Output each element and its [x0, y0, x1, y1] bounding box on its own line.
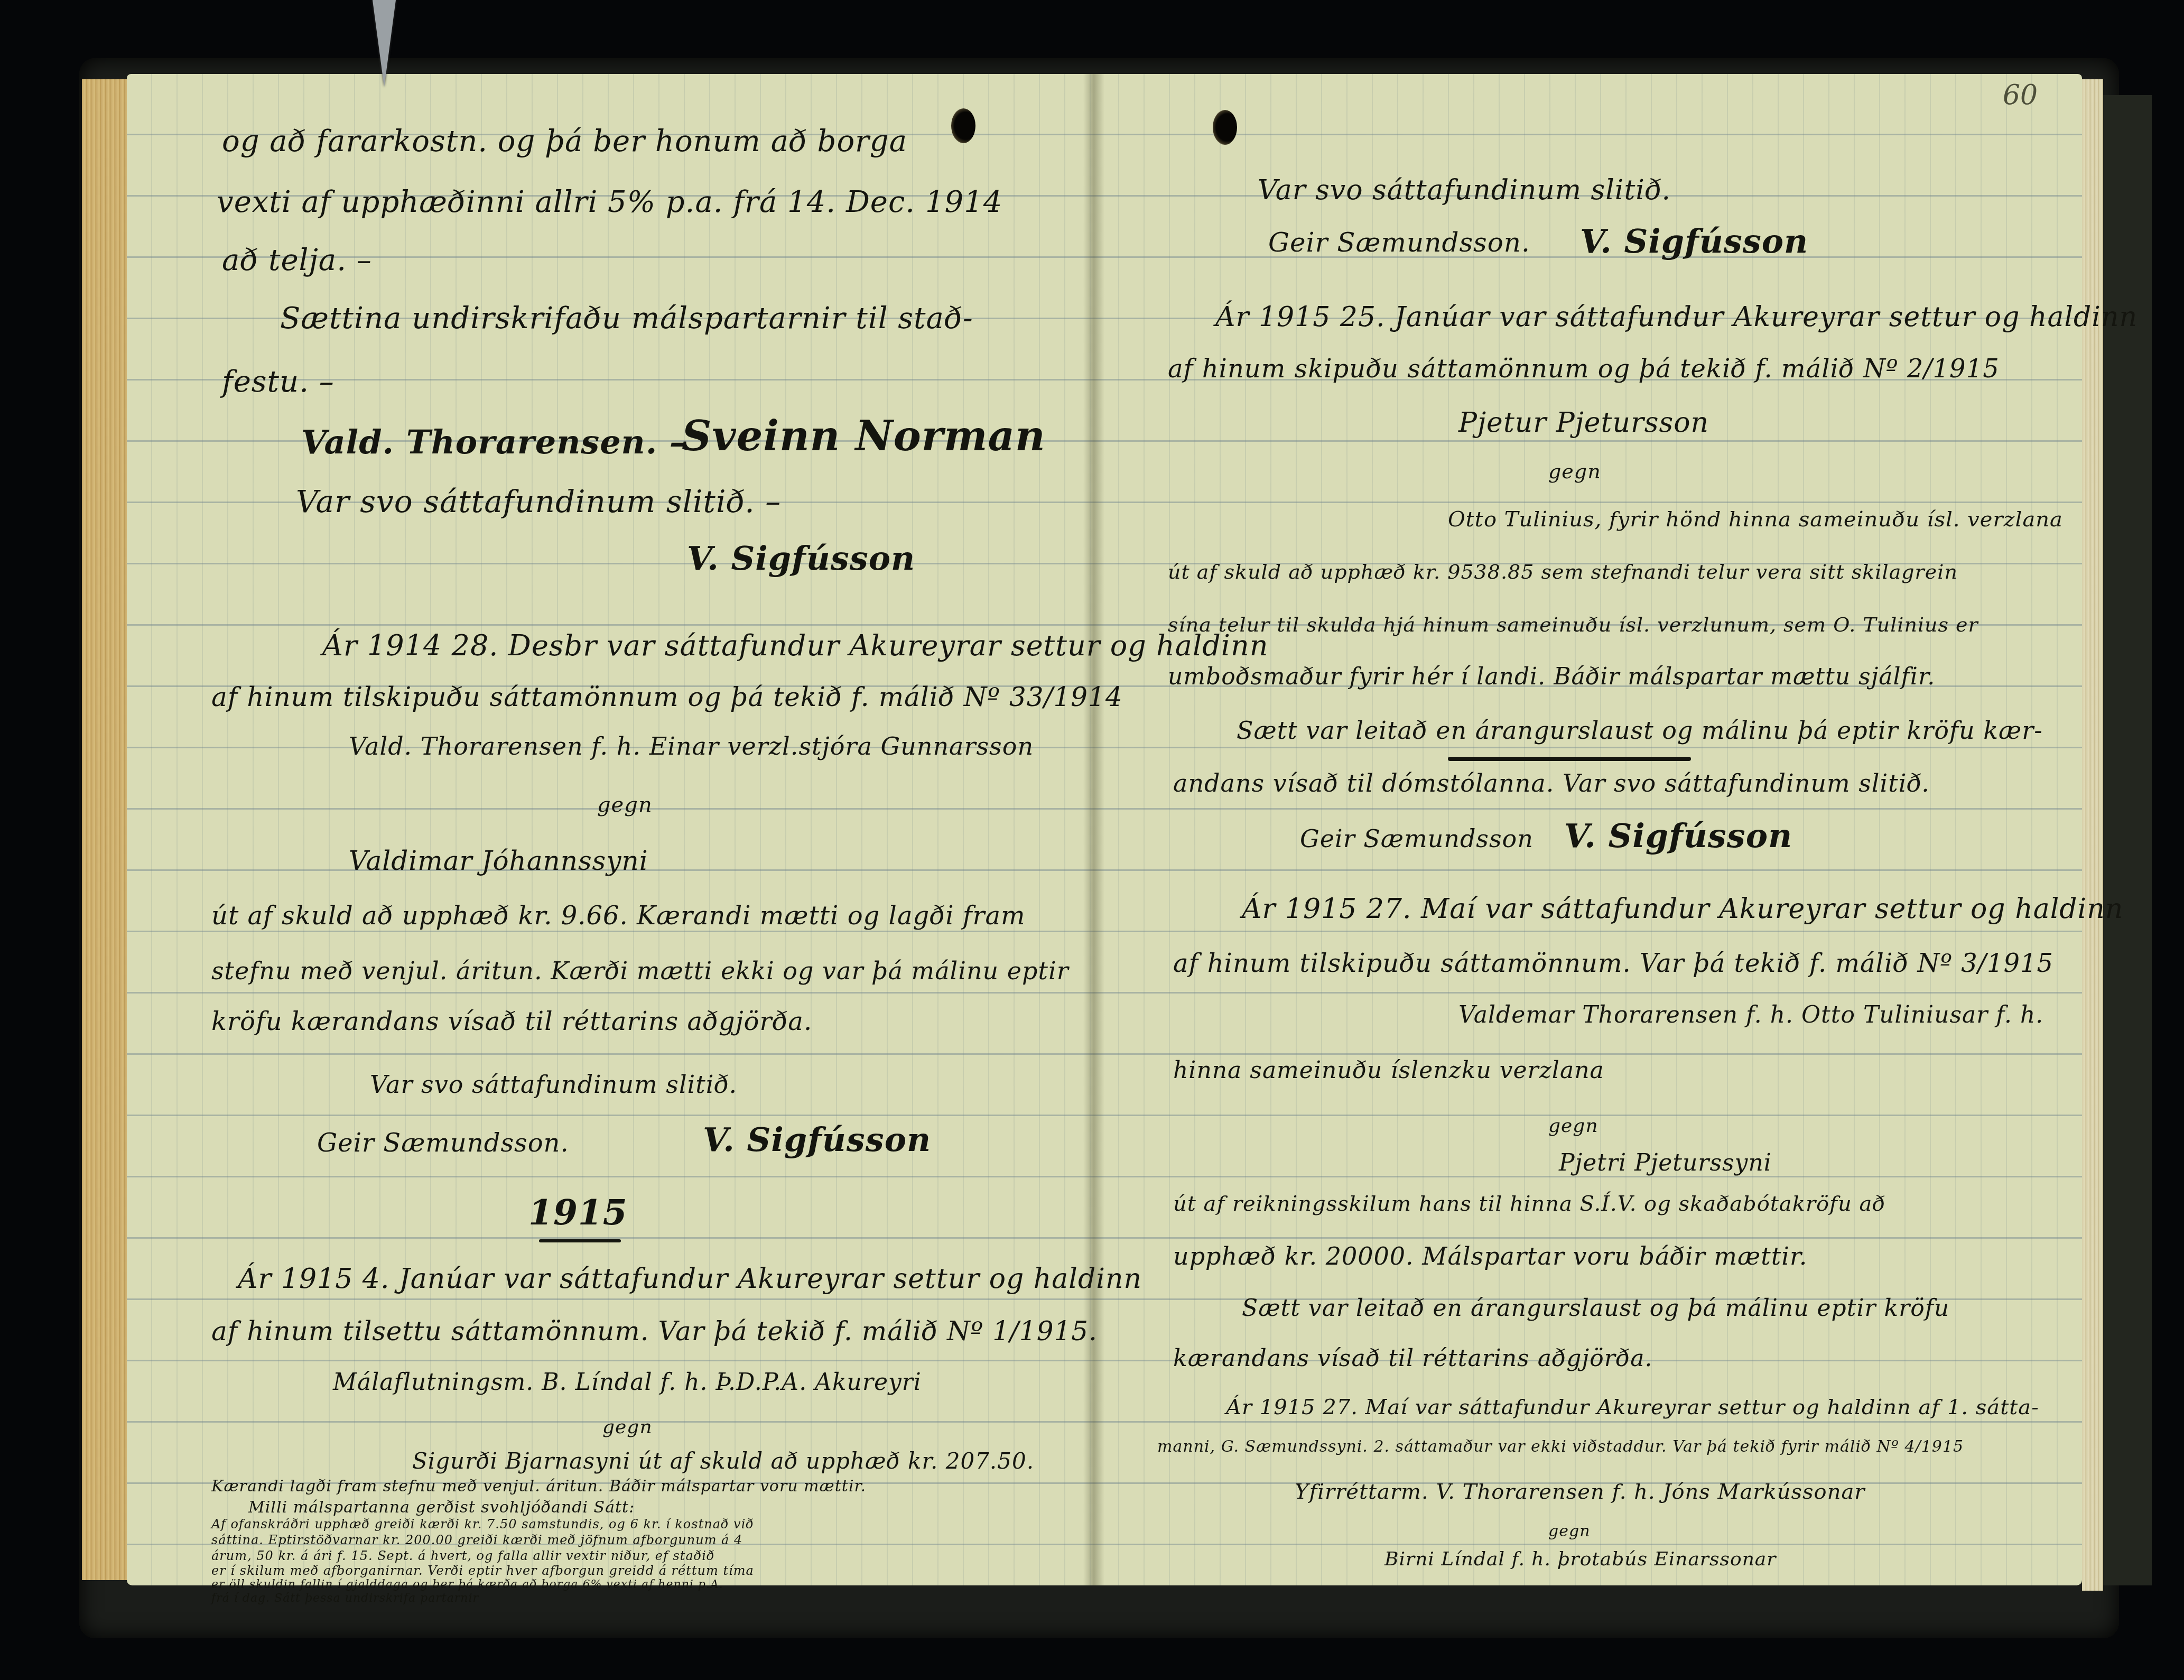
text-line: hinna sameinuðu íslenzku verzlana [1173, 1057, 1604, 1084]
text-line: af hinum skipuðu sáttamönnum og þá tekið… [1168, 354, 2000, 384]
text-line: Málaflutningsm. B. Líndal f. h. Þ.D.P.A.… [333, 1369, 922, 1396]
chair-signature: V. Sigfússon [1580, 222, 1808, 261]
book-gutter [1083, 74, 1104, 1585]
plaintiff-name: Pjetur Pjetursson [1458, 407, 1709, 439]
entry-heading: Ár 1915 4. Janúar var sáttafundur Akurey… [238, 1263, 1142, 1295]
text-line: Yfirréttarm. V. Thorarensen f. h. Jóns M… [1295, 1480, 1865, 1504]
text-line: sína telur til skulda hjá hinum sameinuð… [1168, 613, 1978, 636]
text-line: af hinum tilskipuðu sáttamönnum og þá te… [211, 682, 1123, 712]
text-line: og að fararkostn. og þá ber honum að bor… [222, 124, 907, 159]
chair-signature: V. Sigfússon [703, 1120, 931, 1159]
text-line: kröfu kærandans vísað til réttarins aðgj… [211, 1007, 812, 1036]
text-line: Vald. Thorarensen f. h. Einar verzl.stjó… [349, 732, 1034, 760]
text-line: út af reikningsskilum hans til hinna S.Í… [1173, 1192, 1885, 1216]
text-line: Birni Líndal f. h. þrotabús Einarssonar [1384, 1548, 1777, 1570]
left-page [127, 74, 1094, 1585]
text-line: umboðsmaður fyrir hér í landi. Báðir mál… [1168, 663, 1935, 690]
text-line: út af skuld að upphæð kr. 9.66. Kærandi … [211, 901, 1026, 931]
entry-heading: Ár 1914 28. Desbr var sáttafundur Akurey… [322, 629, 1269, 662]
text-line: vexti af upphæðinni allri 5% p.a. frá 14… [217, 185, 1002, 219]
text-line: Sætt var leitað en árangurslaust og þá m… [1242, 1295, 1949, 1322]
text-line: sáttina. Eptirstöðvarnar kr. 200.00 grei… [211, 1533, 742, 1547]
text-line: út af skuld að upphæð kr. 9538.85 sem st… [1168, 560, 1958, 583]
punch-hole-right [1213, 110, 1237, 145]
defendant-name: Pjetri Pjeturssyni [1559, 1149, 1772, 1176]
defendant-name: Valdimar Jóhannssyni [349, 846, 648, 876]
entry-heading: Ár 1915 25. Janúar var sáttafundur Akure… [1215, 301, 2137, 333]
text-line: af hinum tilsettu sáttamönnum. Var þá te… [211, 1316, 1098, 1347]
year-heading: 1915 [528, 1192, 628, 1233]
text-line: Af ofanskráðri upphæð greiði kærði kr. 7… [211, 1517, 754, 1532]
signature: Geir Sæmundsson [1300, 824, 1534, 853]
text-line: frá í dag. Sátt þessa undirskrifa partar… [211, 1592, 479, 1605]
text-line: kærandans vísað til réttarins aðgjörða. [1173, 1345, 1652, 1372]
closing-statement: Var svo sáttafundinum slitið. [1258, 174, 1671, 206]
text-line: Sættina undirskrifaðu málspartarnir til … [280, 301, 973, 336]
closing-statement: Var svo sáttafundinum slitið. – [296, 484, 781, 519]
text-line: að telja. – [222, 243, 372, 277]
page-number: 60 [2003, 79, 2038, 111]
text-line: manni, G. Sæmundssyni. 2. sáttamaður var… [1157, 1437, 1964, 1456]
entry-heading: Ár 1915 27. Maí var sáttafundur Akureyra… [1226, 1395, 2039, 1419]
signature: Geir Sæmundsson. [317, 1128, 569, 1158]
text-gegn: gegn [1548, 1522, 1590, 1540]
text-gegn: gegn [1548, 1115, 1598, 1137]
year-underline [539, 1239, 621, 1242]
chair-signature: V. Sigfússon [1564, 816, 1792, 855]
text-line: upphæð kr. 20000. Málspartar voru báðir … [1173, 1242, 1807, 1270]
text-line: Otto Tulinius, fyrir hönd hinna sameinuð… [1448, 507, 2063, 532]
text-line: Valdemar Thorarensen f. h. Otto Tulinius… [1458, 1001, 2043, 1028]
text-line: stefnu með venjul. áritun. Kærði mætti e… [211, 957, 1069, 985]
chair-signature: V. Sigfússon [687, 539, 915, 578]
section-divider [1448, 757, 1691, 761]
text-line: Sætt var leitað en árangurslaust og máli… [1237, 716, 2043, 745]
page-edges-left [82, 79, 127, 1580]
entry-heading: Ár 1915 27. Maí var sáttafundur Akureyra… [1242, 893, 2123, 925]
bookmark-pin-icon [373, 0, 396, 87]
text-gegn: gegn [1548, 460, 1601, 483]
text-gegn: gegn [602, 1416, 653, 1438]
closing-statement: Var svo sáttafundinum slitið. [370, 1070, 737, 1099]
signature: Vald. Thorarensen. – [301, 423, 686, 461]
punch-hole-left [951, 108, 975, 143]
text-line: festu. – [222, 365, 334, 399]
text-gegn: gegn [597, 793, 653, 817]
signature: Geir Sæmundsson. [1268, 227, 1530, 258]
text-line: af hinum tilskipuðu sáttamönnum. Var þá … [1173, 949, 2053, 978]
text-line: Milli málspartanna gerðist svohljóðandi … [248, 1498, 635, 1517]
signature: Sveinn Norman [682, 412, 1046, 460]
text-line: Sigurði Bjarnasyni út af skuld að upphæð… [412, 1448, 1034, 1474]
text-line: Kærandi lagði fram stefnu með venjul. ár… [211, 1477, 866, 1496]
text-line: andans vísað til dómstólanna. Var svo sá… [1173, 769, 1930, 797]
